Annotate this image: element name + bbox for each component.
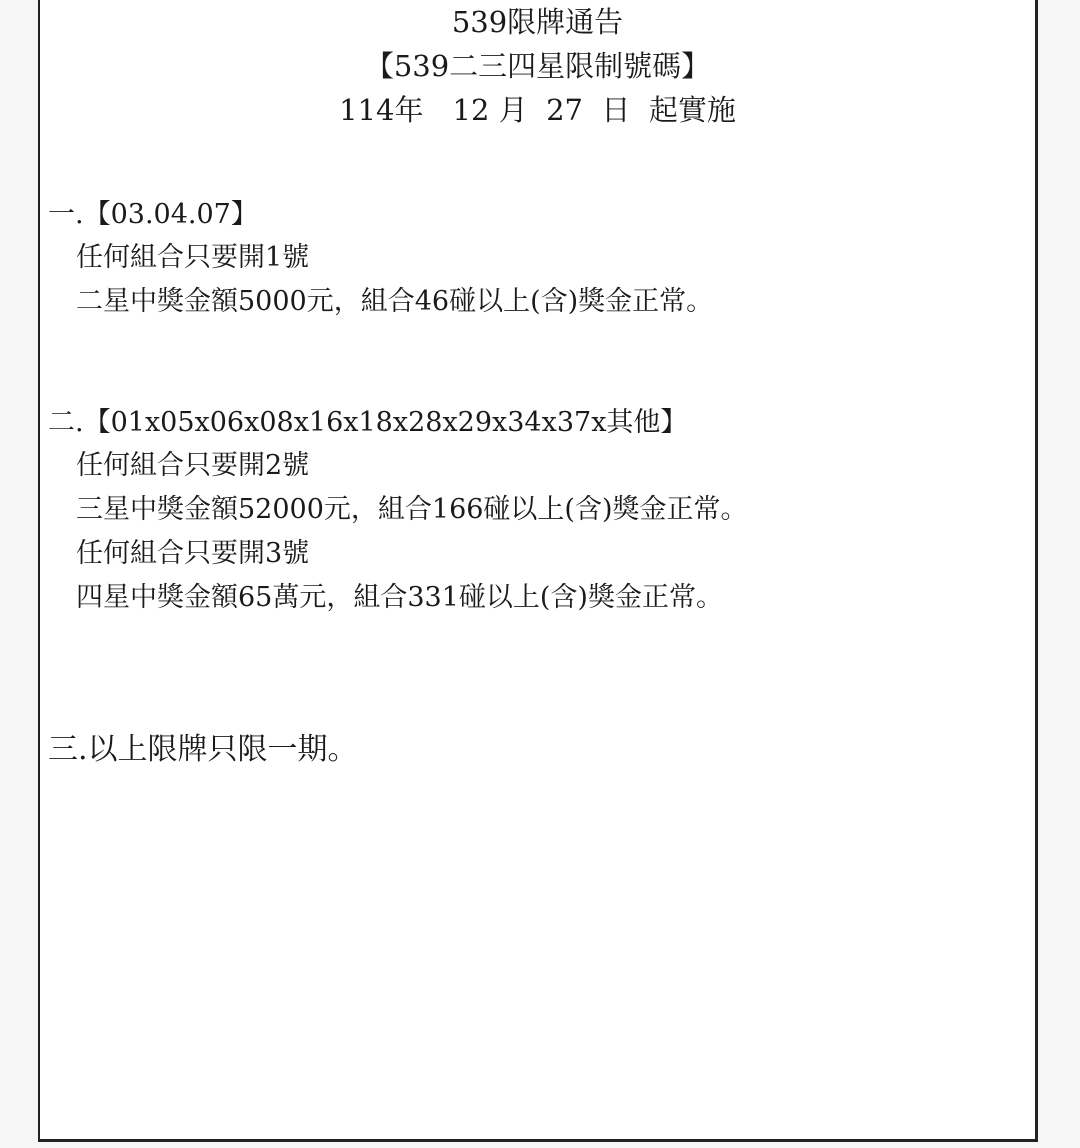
notice-title: 539限牌通告 bbox=[40, 0, 1035, 44]
section-two-title: 二.【01x05x06x08x16x18x28x29x34x37x其他】 bbox=[48, 402, 1025, 444]
section-one: 一.【03.04.07】 任何組合只要開1號 二星中獎金額5000元，組合46碰… bbox=[48, 194, 1025, 324]
section-two: 二.【01x05x06x08x16x18x28x29x34x37x其他】 任何組… bbox=[48, 402, 1025, 620]
section-two-line: 任何組合只要開3號 bbox=[48, 532, 1025, 576]
section-two-line: 任何組合只要開2號 bbox=[48, 444, 1025, 488]
section-one-line: 任何組合只要開1號 bbox=[48, 236, 1025, 280]
section-one-title: 一.【03.04.07】 bbox=[48, 194, 1025, 236]
notice-page: 539限牌通告 【539二三四星限制號碼】 114年 12 月 27 日 起實施… bbox=[38, 0, 1038, 1142]
section-one-line: 二星中獎金額5000元，組合46碰以上(含)獎金正常。 bbox=[48, 280, 1025, 324]
effective-date: 114年 12 月 27 日 起實施 bbox=[40, 88, 1035, 132]
section-three-title: 三.以上限牌只限一期。 bbox=[48, 728, 1025, 772]
section-two-line: 四星中獎金額65萬元，組合331碰以上(含)獎金正常。 bbox=[48, 576, 1025, 620]
notice-header: 539限牌通告 【539二三四星限制號碼】 114年 12 月 27 日 起實施 bbox=[40, 0, 1035, 132]
section-three: 三.以上限牌只限一期。 bbox=[48, 728, 1025, 772]
notice-subtitle: 【539二三四星限制號碼】 bbox=[40, 44, 1035, 88]
section-two-line: 三星中獎金額52000元，組合166碰以上(含)獎金正常。 bbox=[48, 488, 1025, 532]
